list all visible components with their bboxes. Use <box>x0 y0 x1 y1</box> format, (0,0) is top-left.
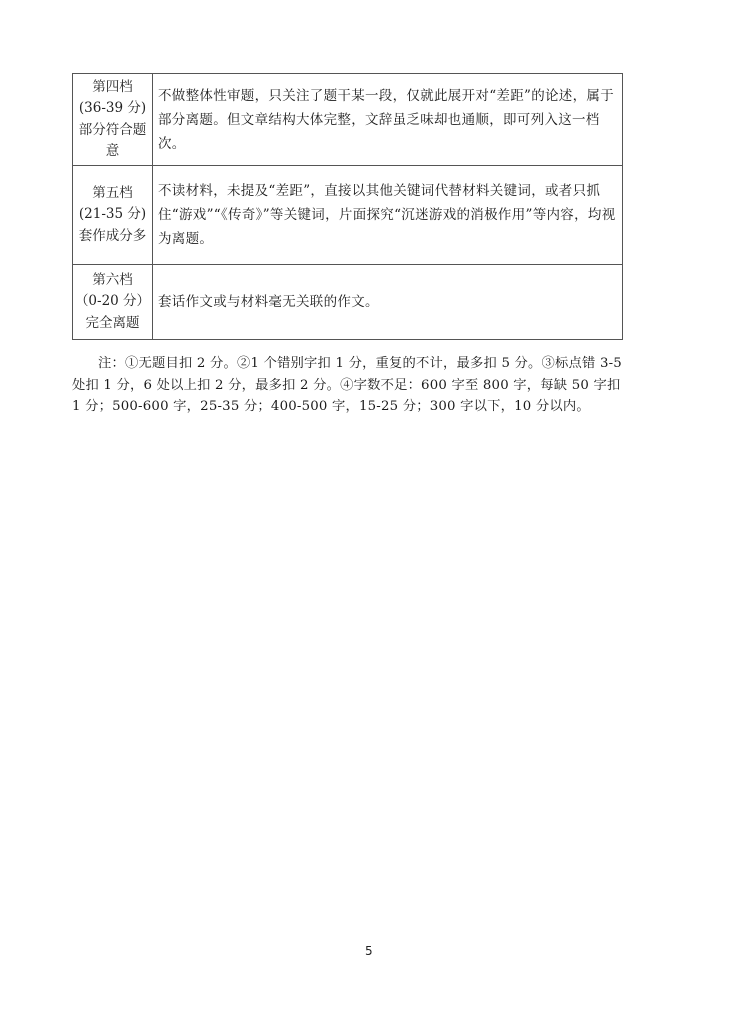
scoring-notes: 注：①无题目扣 2 分。②1 个错别字扣 1 分，重复的不计，最多扣 5 分。③… <box>72 353 632 418</box>
level-name: 第四档 <box>73 77 152 99</box>
description-cell: 套话作文或与材料毫无关联的作文。 <box>153 265 623 340</box>
level-score: （0-20 分） <box>73 291 152 313</box>
level-name: 第六档 <box>73 270 152 292</box>
level-name: 第五档 <box>73 183 152 205</box>
grading-table: 第四档 (36-39 分) 部分符合题 意 不做整体性审题，只关注了题干某一段，… <box>72 73 623 340</box>
level-score: (36-39 分) <box>73 98 152 120</box>
table-row-level-5: 第五档 (21-35 分) 套作成分多 不读材料，未提及“差距”，直接以其他关键… <box>73 166 623 265</box>
level-label-cont: 意 <box>73 141 152 163</box>
table-row-level-4: 第四档 (36-39 分) 部分符合题 意 不做整体性审题，只关注了题干某一段，… <box>73 74 623 166</box>
level-label: 部分符合题 <box>73 120 152 142</box>
description-cell: 不读材料，未提及“差距”，直接以其他关键词代替材料关键词，或者只抓住“游戏”“《… <box>153 166 623 265</box>
level-score: (21-35 分) <box>73 204 152 226</box>
level-cell: 第六档 （0-20 分） 完全离题 <box>73 265 153 340</box>
description-cell: 不做整体性审题，只关注了题干某一段，仅就此展开对“差距”的论述，属于部分离题。但… <box>153 74 623 166</box>
table-row-level-6: 第六档 （0-20 分） 完全离题 套话作文或与材料毫无关联的作文。 <box>73 265 623 340</box>
level-cell: 第五档 (21-35 分) 套作成分多 <box>73 166 153 265</box>
level-cell: 第四档 (36-39 分) 部分符合题 意 <box>73 74 153 166</box>
level-label: 完全离题 <box>73 313 152 335</box>
page-number: 5 <box>365 944 373 958</box>
level-label: 套作成分多 <box>73 226 152 248</box>
